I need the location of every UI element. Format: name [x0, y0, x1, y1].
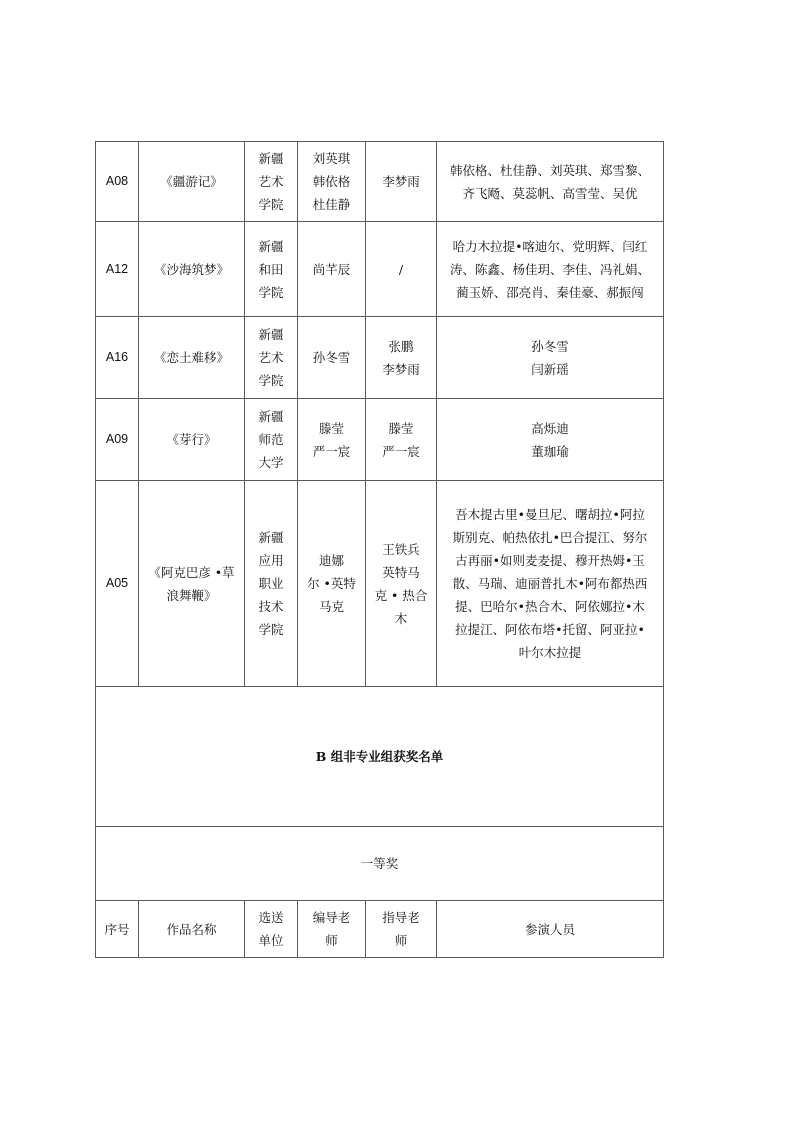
work-title: 《恋土难移》	[139, 317, 245, 399]
instructor-cell: 王铁兵 英特马 克 • 热合 木	[366, 481, 437, 687]
entry-code: A08	[96, 142, 139, 222]
work-title: 《疆游记》	[139, 142, 245, 222]
work-title: 《阿克巴彦 •草 浪舞鞭》	[139, 481, 245, 687]
performers-cell: 高烁迪 董珈瑜	[437, 399, 664, 481]
performers-cell: 哈力木拉提•喀迪尔、党明辉、闫红 涛、陈鑫、杨佳玥、李佳、冯礼娟、 蔺玉娇、邵亮…	[437, 222, 664, 317]
work-title: 《芽行》	[139, 399, 245, 481]
choreographer-cell: 孙冬雪	[298, 317, 366, 399]
choreographer-cell: 刘英琪 韩依格 杜佳静	[298, 142, 366, 222]
header-instructor: 指导老 师	[366, 901, 437, 958]
instructor-cell: 滕莹 严一宸	[366, 399, 437, 481]
header-choreographer: 编导老 师	[298, 901, 366, 958]
table-row: A09 《芽行》 新疆 师范 大学 滕莹 严一宸 滕莹 严一宸 高烁迪 董珈瑜	[96, 399, 664, 481]
unit-cell: 新疆 和田 学院	[245, 222, 298, 317]
header-performers: 参演人员	[437, 901, 664, 958]
table-row: A16 《恋土难移》 新疆 艺术 学院 孙冬雪 张鹏 李梦雨 孙冬雪 闫新瑶	[96, 317, 664, 399]
entry-code: A09	[96, 399, 139, 481]
section-title-row: B 组非专业组获奖名单	[96, 687, 664, 827]
entry-code: A12	[96, 222, 139, 317]
header-unit: 选送 单位	[245, 901, 298, 958]
unit-cell: 新疆 应用 职业 技术 学院	[245, 481, 298, 687]
table-row: A05 《阿克巴彦 •草 浪舞鞭》 新疆 应用 职业 技术 学院 迪娜 尔 •英…	[96, 481, 664, 687]
instructor-cell: 李梦雨	[366, 142, 437, 222]
performers-cell: 孙冬雪 闫新瑶	[437, 317, 664, 399]
choreographer-cell: 滕莹 严一宸	[298, 399, 366, 481]
unit-cell: 新疆 艺术 学院	[245, 142, 298, 222]
work-title: 《沙海筑梦》	[139, 222, 245, 317]
instructor-cell: /	[366, 222, 437, 317]
award-table: A08 《疆游记》 新疆 艺术 学院 刘英琪 韩依格 杜佳静 李梦雨 韩依格、杜…	[95, 141, 664, 958]
performers-cell: 吾木提古里•曼旦尼、曙胡拉•阿拉 斯别克、帕热依扎•巴合提江、努尔 古再丽•如则…	[437, 481, 664, 687]
instructor-cell: 张鹏 李梦雨	[366, 317, 437, 399]
unit-cell: 新疆 艺术 学院	[245, 317, 298, 399]
performers-cell: 韩依格、杜佳静、刘英琪、郑雪黎、 齐飞飏、莫蕊帆、高雪莹、吴优	[437, 142, 664, 222]
award-level: 一等奖	[96, 827, 664, 901]
choreographer-cell: 尚芊辰	[298, 222, 366, 317]
header-no: 序号	[96, 901, 139, 958]
table-row: A08 《疆游记》 新疆 艺术 学院 刘英琪 韩依格 杜佳静 李梦雨 韩依格、杜…	[96, 142, 664, 222]
entry-code: A05	[96, 481, 139, 687]
section-title: B 组非专业组获奖名单	[96, 687, 664, 827]
unit-cell: 新疆 师范 大学	[245, 399, 298, 481]
header-work: 作品名称	[139, 901, 245, 958]
choreographer-cell: 迪娜 尔 •英特 马克	[298, 481, 366, 687]
table-header-row: 序号 作品名称 选送 单位 编导老 师 指导老 师 参演人员	[96, 901, 664, 958]
entry-code: A16	[96, 317, 139, 399]
table-row: A12 《沙海筑梦》 新疆 和田 学院 尚芊辰 / 哈力木拉提•喀迪尔、党明辉、…	[96, 222, 664, 317]
award-level-row: 一等奖	[96, 827, 664, 901]
